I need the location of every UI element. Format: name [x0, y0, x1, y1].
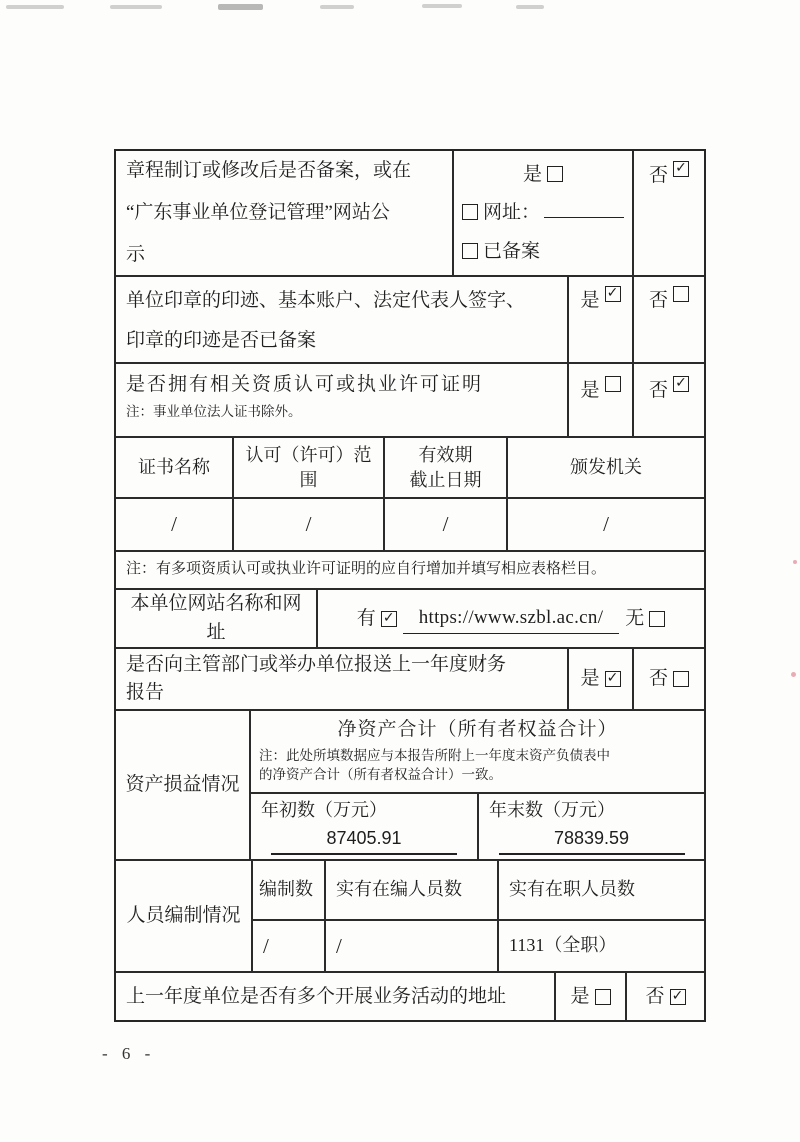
assets-start-label: 年初数（万元） [261, 797, 467, 825]
staffing-employed-header: 实有在职人员数 [509, 877, 635, 902]
no-label: 否 [645, 982, 664, 1011]
assets-label-cell: 资产损益情况 [115, 710, 250, 860]
staffing-employed-header-cell: 实有在职人员数 [498, 860, 705, 920]
financial-report-yes-cell: 是✓ [568, 648, 633, 710]
charter-yes-option: 是 [462, 160, 624, 189]
scan-artifact [6, 5, 64, 9]
staffing-onpayroll-value-cell: / [325, 920, 498, 972]
staffing-authorized-value: / [263, 930, 269, 963]
filed-checkbox-unchecked [462, 243, 478, 259]
cert-expiry-value: / [443, 508, 449, 541]
multi-address-question: 上一年度单位是否有多个开展业务活动的地址 [126, 982, 506, 1011]
qualification-no-cell: 否✓ [633, 363, 705, 437]
url-blank-line [544, 202, 624, 218]
assets-note-line2: 的净资产合计（所有者权益合计）一致。 [259, 766, 696, 784]
yes-checkbox-unchecked [595, 989, 611, 1005]
staffing-onpayroll-header: 实有在编人员数 [336, 876, 462, 904]
yes-checkbox-checked: ✓ [605, 671, 621, 687]
charter-filed-option: 已备案 [462, 237, 624, 266]
check-mark: ✓ [675, 375, 687, 391]
url-checkbox-unchecked [462, 204, 478, 220]
financial-report-question-cell: 是否向主管部门或举办单位报送上一年度财务 报告 [115, 648, 568, 710]
multi-address-question-cell: 上一年度单位是否有多个开展业务活动的地址 [115, 972, 555, 1021]
cert-issuer-value: / [603, 508, 609, 541]
scan-speck [791, 672, 796, 677]
cert-note-cell: 注：有多项资质认可或执业许可证明的应自行增加并填写相应表格栏目。 [115, 551, 705, 589]
scan-artifact [320, 5, 354, 9]
assets-title: 净资产合计（所有者权益合计） [259, 715, 696, 744]
no-website-label: 无 [625, 604, 644, 633]
check-mark: ✓ [607, 285, 619, 301]
url-option-label: 网址： [483, 202, 540, 223]
no-checkbox-checked: ✓ [673, 161, 689, 177]
financial-report-line1: 是否向主管部门或举办单位报送上一年度财务 [126, 651, 567, 679]
cert-name-header-cell: 证书名称 [115, 437, 233, 498]
scan-artifact [218, 4, 263, 10]
assets-start-value: 87405.91 [271, 825, 457, 855]
yes-checkbox-checked: ✓ [605, 286, 621, 302]
charter-url-option: 网址： [462, 198, 624, 227]
website-label: 本单位网站名称和网址 [130, 590, 302, 647]
no-checkbox-checked: ✓ [670, 989, 686, 1005]
yes-label: 是 [523, 164, 542, 185]
qualification-question-cell: 是否拥有相关资质认可或执业许可证明 注：事业单位法人证书除外。 [115, 363, 568, 437]
staffing-label-cell: 人员编制情况 [115, 860, 252, 972]
yes-label: 是 [570, 982, 589, 1011]
cert-scope-value-cell: / [233, 498, 384, 551]
staffing-employed-value: 1131（全职） [509, 932, 616, 960]
financial-report-line2: 报告 [126, 679, 567, 707]
has-website-label: 有 [357, 604, 376, 633]
filed-option-label: 已备案 [483, 241, 540, 262]
cert-scope-header-line2: 围 [234, 468, 383, 492]
qualification-note: 注：事业单位法人证书除外。 [126, 403, 567, 421]
charter-options-cell: 是 网址： 已备案 [453, 150, 633, 276]
staffing-label: 人员编制情况 [126, 901, 240, 930]
yes-label: 是 [580, 664, 599, 693]
cert-name-value-cell: / [115, 498, 233, 551]
seal-yes-cell: 是✓ [568, 276, 633, 363]
page-number: - 6 - [102, 1044, 155, 1064]
staffing-authorized-header: 编制数 [259, 876, 313, 904]
cert-expiry-header-cell: 有效期 截止日期 [384, 437, 507, 498]
multi-address-no-cell: 否✓ [626, 972, 705, 1021]
no-checkbox-unchecked [673, 286, 689, 302]
assets-end-label: 年末数（万元） [489, 797, 694, 825]
yes-checkbox-unchecked [605, 376, 621, 392]
cert-issuer-header-cell: 颁发机关 [507, 437, 705, 498]
yes-checkbox-unchecked [547, 166, 563, 182]
no-label: 否 [649, 664, 668, 693]
cert-scope-value: / [306, 508, 312, 541]
assets-end-cell: 年末数（万元） 78839.59 [478, 793, 705, 860]
no-label: 否 [649, 161, 668, 190]
qualification-yes-cell: 是 [568, 363, 633, 437]
charter-question-line3: 示 [126, 234, 452, 276]
assets-title-cell: 净资产合计（所有者权益合计） 注：此处所填数据应与本报告所附上一年度末资产负债表… [250, 710, 705, 793]
cert-scope-header-line1: 认可（许可）范 [234, 443, 383, 467]
scan-artifact [110, 5, 162, 9]
staffing-onpayroll-header-cell: 实有在编人员数 [325, 860, 498, 920]
assets-note-line1: 注：此处所填数据应与本报告所附上一年度末资产负债表中 [259, 747, 696, 765]
charter-question-line2: “广东事业单位登记管理”网站公 [126, 192, 452, 234]
cert-expiry-header-line2: 截止日期 [385, 468, 506, 492]
yes-label: 是 [580, 286, 599, 315]
check-mark: ✓ [383, 610, 395, 626]
no-label: 否 [649, 286, 668, 315]
scan-artifact [516, 5, 544, 9]
cert-issuer-value-cell: / [507, 498, 705, 551]
cert-note: 注：有多项资质认可或执业许可证明的应自行增加并填写相应表格栏目。 [126, 558, 606, 581]
staffing-onpayroll-value: / [336, 930, 342, 963]
check-mark: ✓ [675, 160, 687, 176]
scanned-form-page: 章程制订或修改后是否备案，或在 “广东事业单位登记管理”网站公 示 是 网址： … [0, 0, 800, 1142]
scan-artifact [422, 4, 462, 8]
charter-filing-question-cell: 章程制订或修改后是否备案，或在 “广东事业单位登记管理”网站公 示 [115, 150, 453, 276]
seal-question-line2: 印章的印迹是否已备案 [126, 321, 567, 361]
charter-question-line1: 章程制订或修改后是否备案，或在 [126, 150, 452, 192]
cert-scope-header-cell: 认可（许可）范 围 [233, 437, 384, 498]
staffing-authorized-value-cell: / [252, 920, 325, 972]
yes-label: 是 [580, 376, 599, 405]
assets-end-value: 78839.59 [499, 825, 685, 855]
seal-question-line1: 单位印章的印迹、基本账户、法定代表人签字、 [126, 281, 567, 321]
cert-name-value: / [171, 508, 177, 541]
staffing-authorized-header-cell: 编制数 [252, 860, 325, 920]
check-mark: ✓ [672, 988, 684, 1004]
cert-name-header: 证书名称 [138, 454, 210, 482]
no-label: 否 [649, 376, 668, 405]
scan-speck [793, 560, 797, 564]
cert-expiry-header-line1: 有效期 [385, 443, 506, 467]
assets-start-cell: 年初数（万元） 87405.91 [250, 793, 478, 860]
cert-issuer-header: 颁发机关 [570, 454, 642, 482]
website-value-cell: 有✓ https://www.szbl.ac.cn/ 无 [317, 589, 705, 648]
financial-report-no-cell: 否 [633, 648, 705, 710]
qualification-question: 是否拥有相关资质认可或执业许可证明 [126, 370, 567, 399]
charter-no-cell: 否✓ [633, 150, 705, 276]
assets-label: 资产损益情况 [125, 770, 239, 799]
no-checkbox-unchecked [673, 671, 689, 687]
seal-filing-question-cell: 单位印章的印迹、基本账户、法定代表人签字、 印章的印迹是否已备案 [115, 276, 568, 363]
seal-no-cell: 否 [633, 276, 705, 363]
check-mark: ✓ [607, 670, 619, 686]
staffing-employed-value-cell: 1131（全职） [498, 920, 705, 972]
no-checkbox-checked: ✓ [673, 376, 689, 392]
multi-address-yes-cell: 是 [555, 972, 626, 1021]
no-website-checkbox-unchecked [649, 611, 665, 627]
website-label-cell: 本单位网站名称和网址 [115, 589, 317, 648]
website-url: https://www.szbl.ac.cn/ [403, 603, 620, 633]
has-website-checkbox-checked: ✓ [381, 611, 397, 627]
cert-expiry-value-cell: / [384, 498, 507, 551]
